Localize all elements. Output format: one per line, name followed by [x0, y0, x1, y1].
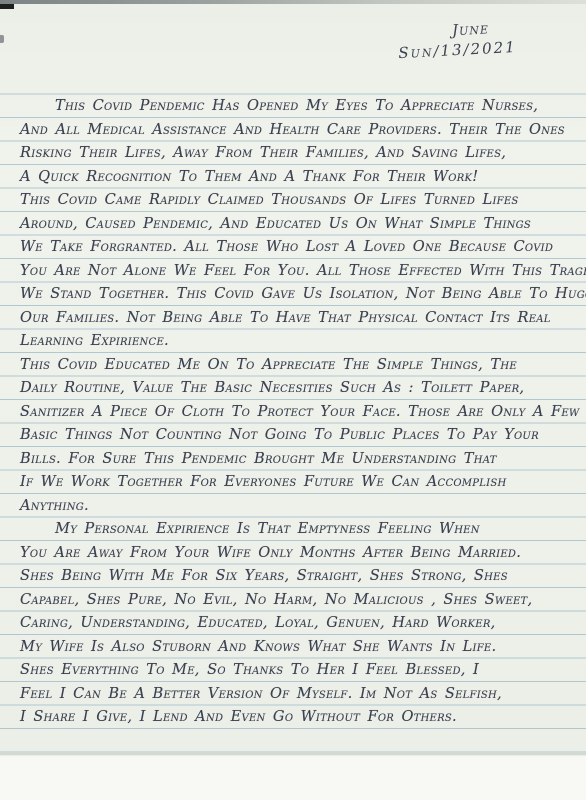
handwritten-line: Daily Routine, Value The Basic Necesitie… [20, 376, 572, 400]
handwritten-line: Anything. [20, 494, 572, 518]
handwritten-line: If We Work Together For Everyones Future… [20, 470, 572, 494]
handwritten-line: Shes Everything To Me, So Thanks To Her … [20, 658, 572, 682]
handwritten-line: Bills. For Sure This Pendemic Brought Me… [20, 447, 572, 471]
paper-bottom-edge [0, 753, 586, 755]
handwritten-line: And All Medical Assistance And Health Ca… [20, 118, 572, 142]
handwritten-line: You Are Away From Your Wife Only Months … [20, 541, 572, 565]
handwritten-line: My Personal Expirience Is That Emptyness… [20, 517, 572, 541]
scan-top-edge [0, 0, 586, 4]
handwritten-line: This Covid Pendemic Has Opened My Eyes T… [20, 94, 572, 118]
scan-edge-artifact [0, 35, 4, 43]
handwritten-line: We Take Forgranted. All Those Who Lost A… [20, 235, 572, 259]
handwritten-lines: This Covid Pendemic Has Opened My Eyes T… [20, 94, 572, 729]
handwritten-line: Our Families. Not Being Able To Have Tha… [20, 306, 572, 330]
handwritten-line: This Covid Came Rapidly Claimed Thousand… [20, 188, 572, 212]
handwritten-line: A Quick Recognition To Them And A Thank … [20, 165, 572, 189]
handwritten-line: Basic Things Not Counting Not Going To P… [20, 423, 572, 447]
handwritten-line: I Share I Give, I Lend And Even Go Witho… [20, 705, 572, 729]
handwritten-page: June Sun/13/2021 This Covid Pendemic Has… [0, 0, 586, 754]
handwritten-line: This Covid Educated Me On To Appreciate … [20, 353, 572, 377]
handwritten-line: Risking Their Lifes, Away From Their Fam… [20, 141, 572, 165]
handwritten-line: You Are Not Alone We Feel For You. All T… [20, 259, 572, 283]
handwritten-line: My Wife Is Also Stuborn And Knows What S… [20, 635, 572, 659]
handwritten-line: Capabel, Shes Pure, No Evil, No Harm, No… [20, 588, 572, 612]
handwritten-line: Learning Expirience. [20, 329, 572, 353]
handwritten-line: Sanitizer A Piece Of Cloth To Protect Yo… [20, 400, 572, 424]
handwritten-line: We Stand Together. This Covid Gave Us Is… [20, 282, 572, 306]
handwritten-line: Shes Being With Me For Six Years, Straig… [20, 564, 572, 588]
date-header: June Sun/13/2021 [391, 17, 523, 64]
scanned-document: June Sun/13/2021 This Covid Pendemic Has… [0, 0, 586, 800]
handwritten-line: Caring, Understanding, Educated, Loyal, … [20, 611, 572, 635]
handwritten-line: Feel I Can Be A Better Version Of Myself… [20, 682, 572, 706]
handwritten-line: Around, Caused Pendemic, And Educated Us… [20, 212, 572, 236]
